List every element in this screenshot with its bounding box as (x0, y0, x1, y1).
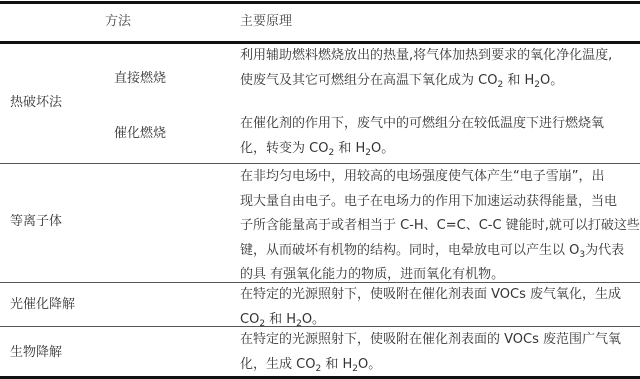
principle-plasma: 在非均匀电场中，用较高的电场强度使气体产生“电子雪崩”，出 现大量自由电子。电子… (240, 165, 635, 288)
method-biodegradation: 生物降解 (10, 346, 62, 360)
principle-line: 在特定的光源照射下，使吸附在催化剂表面 VOCs 废气氧化，生成 (240, 283, 635, 308)
principle-catalytic-combustion: 在催化剂的作用下，废气中的可燃组分在较低温度下进行燃烧氧 化，转变为 CO2 和… (240, 112, 635, 161)
principle-direct-combustion: 利用辅助燃料燃烧放出的热量,将气体加热到要求的氧化净化温度, 使废气及其它可燃组… (240, 44, 635, 93)
principle-biodegradation: 在特定的光源照射下，使吸附在催化剂表面的 VOCs 废范围广气氧 化，生成 CO… (240, 328, 635, 377)
header-method: 方法 (105, 15, 131, 29)
method-plasma: 等离子体 (10, 215, 62, 229)
principle-line: 化，生成 CO2 和 H2O。 (240, 353, 635, 378)
principle-line: 在催化剂的作用下，废气中的可燃组分在较低温度下进行燃烧氧 (240, 112, 635, 137)
principle-photocatalytic: 在特定的光源照射下，使吸附在催化剂表面 VOCs 废气氧化，生成 CO2 和 H… (240, 283, 635, 332)
submethod-direct-combustion: 直接燃烧 (114, 72, 166, 86)
row-divider (0, 163, 640, 164)
principle-line: 键，从而破坏有机物的结构。同时，电晕放电可以产生以 O3为代表 (240, 239, 635, 264)
principle-line: 利用辅助燃料燃烧放出的热量,将气体加热到要求的氧化净化温度, (240, 44, 635, 69)
principle-line: 子所含能量高于或者相当于 C-H、C=C、C-C 键能时,就可以打破这些 (240, 214, 635, 239)
principle-line: 在非均匀电场中，用较高的电场强度使气体产生“电子雪崩”，出 (240, 165, 635, 190)
method-thermal-destruction: 热破坏法 (10, 96, 62, 110)
header-principle: 主要原理 (240, 15, 292, 29)
method-photocatalytic-degradation: 光催化降解 (10, 298, 75, 312)
submethod-catalytic-combustion: 催化燃烧 (114, 127, 166, 141)
table-top-border (0, 1, 640, 4)
principle-line: 化，转变为 CO2 和 H2O。 (240, 137, 635, 162)
principle-line: 现大量自由电子。电子在电场力的作用下加速运动获得能量，当电 (240, 190, 635, 215)
principle-line: 使废气及其它可燃组分在高温下氧化成为 CO2 和 H2O。 (240, 69, 635, 94)
principle-line: 在特定的光源照射下，使吸附在催化剂表面的 VOCs 废范围广气氧 (240, 328, 635, 353)
